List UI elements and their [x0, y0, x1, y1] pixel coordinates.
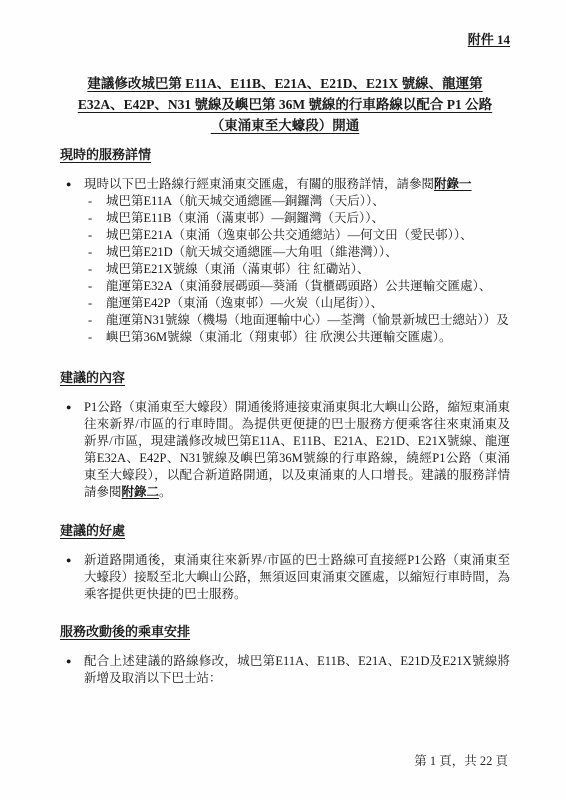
route-item-n31: - 龍運第N31號線（機場（地面運輸中心）—荃灣（愉景新城巴士總站））及: [88, 312, 510, 329]
title-line-1: 建議修改城巴第 E11A、E11B、E21A、E21D、E21X 號線、龍運第: [60, 73, 510, 94]
benefits-bullet: ● 新道路開通後，東涌東往來新界/市區的巴士路線可直接經P1公路（東涌東至大蠔段…: [60, 552, 510, 603]
route-item-e32a: - 龍運第E32A（東涌發展碼頭—葵涌（貨櫃碼頭路）公共運輸交匯處）、: [88, 278, 510, 295]
dash-icon: -: [88, 210, 106, 227]
arrangements-bullet: ● 配合上述建議的路線修改，城巴第E11A、E11B、E21A、E21D及E21…: [60, 653, 510, 687]
section-heading-current-service: 現時的服務詳情: [60, 146, 510, 163]
route-text: 城巴第E21A（東涌（逸東邨公共交通總站）—何文田（愛民邨））、: [106, 227, 510, 244]
appendix-2-ref: 附錄二: [122, 485, 160, 499]
benefits-text: 新道路開通後，東涌東往來新界/市區的巴士路線可直接經P1公路（東涌東至大蠔段）接…: [84, 552, 510, 603]
title-line-3: （東涌東至大蠔段）開通: [60, 115, 510, 136]
dash-icon: -: [88, 312, 106, 329]
dash-icon: -: [88, 329, 106, 346]
route-text: 城巴第E21X號線（東涌（滿東邨）往 紅磡站）、: [106, 261, 510, 278]
arrangements-text: 配合上述建議的路線修改，城巴第E11A、E11B、E21A、E21D及E21X號…: [84, 653, 510, 687]
bullet-icon: ●: [60, 653, 84, 687]
section-heading-benefits: 建議的好處: [60, 522, 510, 539]
section-heading-proposal: 建議的內容: [60, 369, 510, 386]
route-item-e42p: - 龍運第E42P（東涌（逸東邨）—火炭（山尾街））、: [88, 295, 510, 312]
route-text: 嶼巴第36M號線（東涌北（翔東邨）往 欣澳公共運輸交匯處）。: [106, 329, 510, 346]
page-number: 第 1 頁，共 22 頁: [414, 751, 508, 769]
route-item-e21x: - 城巴第E21X號線（東涌（滿東邨）往 紅磡站）、: [88, 261, 510, 278]
dash-icon: -: [88, 295, 106, 312]
bullet-icon: ●: [60, 176, 84, 193]
current-service-intro-bullet: ● 現時以下巴士路線行經東涌東交匯處，有關的服務詳情，請參閱附錄一: [60, 176, 510, 193]
dash-icon: -: [88, 278, 106, 295]
route-text: 龍運第N31號線（機場（地面運輸中心）—荃灣（愉景新城巴士總站））及: [106, 312, 510, 329]
route-item-36m: - 嶼巴第36M號線（東涌北（翔東邨）往 欣澳公共運輸交匯處）。: [88, 329, 510, 346]
attachment-label-text: 附件 14: [468, 32, 510, 47]
dash-icon: -: [88, 227, 106, 244]
appendix-1-ref: 附錄一: [434, 177, 472, 191]
dash-icon: -: [88, 193, 106, 210]
route-item-e11a: - 城巴第E11A（航天城交通總匯—銅鑼灣（天后））、: [88, 193, 510, 210]
bullet-icon: ●: [60, 399, 84, 501]
route-item-e21a: - 城巴第E21A（東涌（逸東邨公共交通總站）—何文田（愛民邨））、: [88, 227, 510, 244]
route-text: 城巴第E11A（航天城交通總匯—銅鑼灣（天后））、: [106, 193, 510, 210]
route-text: 龍運第E32A（東涌發展碼頭—葵涌（貨櫃碼頭路）公共運輸交匯處）、: [106, 278, 510, 295]
attachment-label: 附件 14: [60, 32, 510, 48]
route-item-e11b: - 城巴第E11B（東涌（滿東邨）—銅鑼灣（天后））、: [88, 210, 510, 227]
dash-icon: -: [88, 261, 106, 278]
proposal-text: P1公路（東涌東至大蠔段）開通後將連接東涌東與北大嶼山公路，縮短東涌東往來新界/…: [84, 399, 510, 501]
proposal-bullet: ● P1公路（東涌東至大蠔段）開通後將連接東涌東與北大嶼山公路，縮短東涌東往來新…: [60, 399, 510, 501]
title-line-2: E32A、E42P、N31 號線及嶼巴第 36M 號線的行車路線以配合 P1 公…: [60, 94, 510, 115]
proposal-body-end: 。: [159, 485, 172, 499]
route-text: 城巴第E11B（東涌（滿東邨）—銅鑼灣（天后））、: [106, 210, 510, 227]
route-text: 城巴第E21D（航天城交通總匯—大角咀（維港灣））、: [106, 244, 510, 261]
bullet-icon: ●: [60, 552, 84, 603]
route-list: - 城巴第E11A（航天城交通總匯—銅鑼灣（天后））、 - 城巴第E11B（東涌…: [88, 193, 510, 346]
route-item-e21d: - 城巴第E21D（航天城交通總匯—大角咀（維港灣））、: [88, 244, 510, 261]
document-page: 附件 14 建議修改城巴第 E11A、E11B、E21A、E21D、E21X 號…: [0, 0, 566, 800]
current-service-intro-text: 現時以下巴士路線行經東涌東交匯處，有關的服務詳情，請參閱附錄一: [84, 176, 510, 193]
section-heading-arrangements: 服務改動後的乘車安排: [60, 623, 510, 640]
document-title: 建議修改城巴第 E11A、E11B、E21A、E21D、E21X 號線、龍運第 …: [60, 73, 510, 136]
dash-icon: -: [88, 244, 106, 261]
route-text: 龍運第E42P（東涌（逸東邨）—火炭（山尾街））、: [106, 295, 510, 312]
intro-text: 現時以下巴士路線行經東涌東交匯處，有關的服務詳情，請參閱: [84, 177, 434, 191]
